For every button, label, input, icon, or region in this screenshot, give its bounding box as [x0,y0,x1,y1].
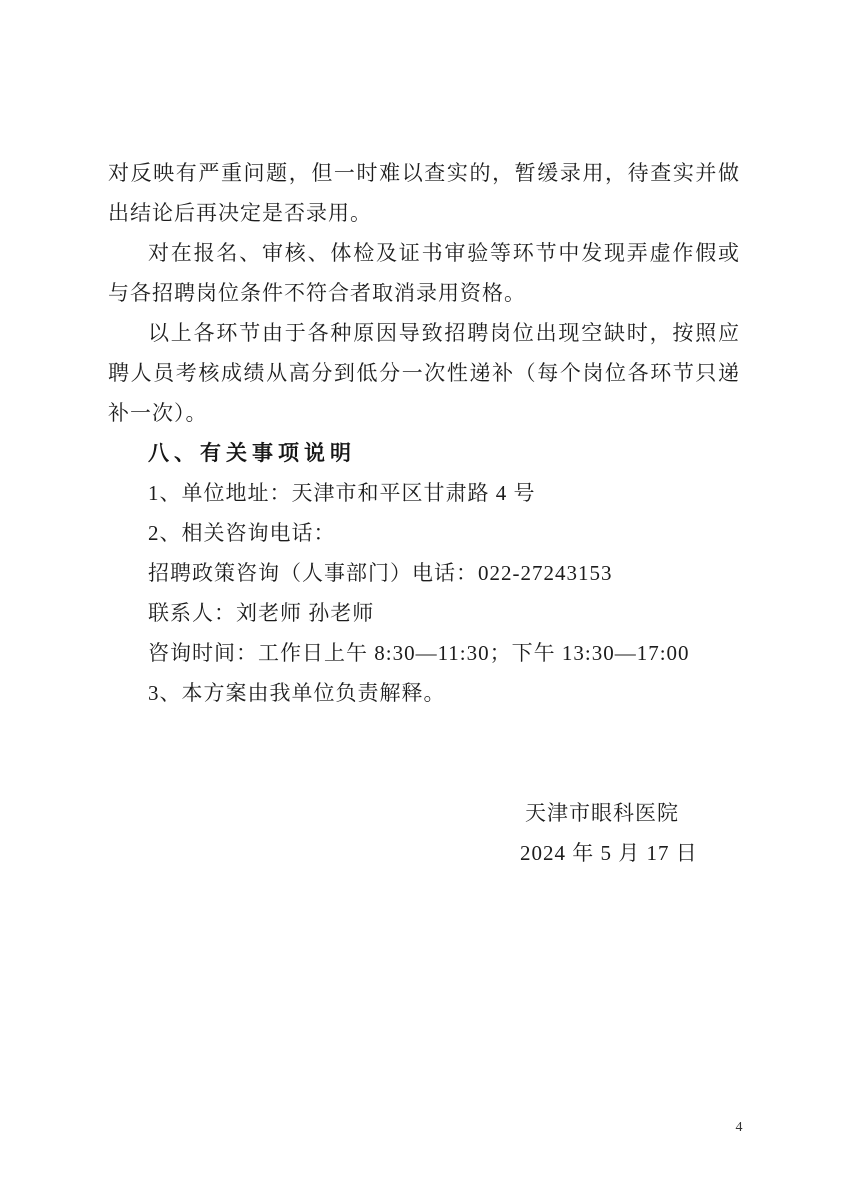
line-para3-1: 以上各环节由于各种原因导致招聘岗位出现空缺时，按照应 [108,313,740,353]
line-para1-1: 对反映有严重问题，但一时难以查实的，暂缓录用，待查实并做 [108,153,740,193]
item-contacts: 联系人：刘老师 孙老师 [108,593,740,633]
line-para3-2: 聘人员考核成绩从高分到低分一次性递补（每个岗位各环节只递 [108,353,740,393]
page-number: 4 [729,1118,749,1138]
line-para2-2: 与各招聘岗位条件不符合者取消录用资格。 [108,273,740,313]
item-phone-intro: 2、相关咨询电话： [108,513,740,553]
line-para1-2: 出结论后再决定是否录用。 [108,193,740,233]
document-body: 对反映有严重问题，但一时难以查实的，暂缓录用，待查实并做 出结论后再决定是否录用… [108,153,740,873]
signature-date: 2024 年 5 月 17 日 [108,833,740,873]
line-para2-1: 对在报名、审核、体检及证书审验等环节中发现弄虚作假或 [108,233,740,273]
item-hours: 咨询时间：工作日上午 8:30—11:30；下午 13:30—17:00 [108,633,740,673]
item-interpretation: 3、本方案由我单位负责解释。 [108,673,740,713]
item-phone-policy: 招聘政策咨询（人事部门）电话：022-27243153 [108,553,740,593]
section-heading: 八、有关事项说明 [108,433,740,473]
line-para3-3: 补一次）。 [108,393,740,433]
document-page: 对反映有严重问题，但一时难以查实的，暂缓录用，待查实并做 出结论后再决定是否录用… [0,0,848,1200]
item-address: 1、单位地址：天津市和平区甘肃路 4 号 [108,473,740,513]
signature-organization: 天津市眼科医院 [108,793,740,833]
